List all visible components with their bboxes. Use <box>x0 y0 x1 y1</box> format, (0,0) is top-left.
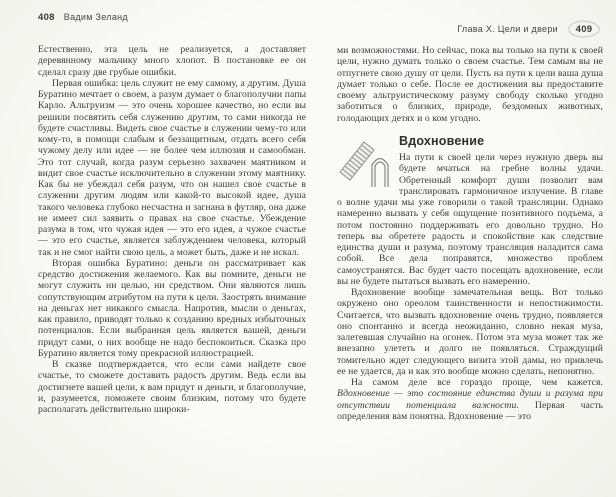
paragraph-with-italic: На самом деле все гораздо проще, чем каж… <box>337 377 603 422</box>
paragraph-text: На самом деле все гораздо проще, чем каж… <box>351 377 603 388</box>
paragraph: Вдохновение вообще замечательная вещь. В… <box>337 287 603 377</box>
inspiration-section: Вдохновение На пути к своей цели через н… <box>337 133 603 422</box>
paragraph: Вторая ошибка Буратино: деньги он рассма… <box>38 258 306 359</box>
paragraph: В сказке подтверждается, что если сами н… <box>38 359 306 415</box>
running-title-left: Вадим Зеланд <box>64 12 128 22</box>
paragraph: Первая ошибка: цель служит не ему самому… <box>38 78 306 258</box>
stairs-doorway-icon <box>337 135 393 189</box>
page-number-left: 408 <box>38 12 55 23</box>
page-number-right: 409 <box>565 19 603 39</box>
paragraph: ми возможностями. Но сейчас, пока вы тол… <box>337 45 603 124</box>
page-right: Глава X. Цели и двери 409 ми возможностя… <box>337 22 603 422</box>
book-scan: 408 Вадим Зеланд Естественно, эта цель н… <box>0 0 616 497</box>
paragraph: Естественно, эта цель не реализуется, а … <box>38 44 306 78</box>
running-head-left: 408 Вадим Зеланд <box>38 12 306 26</box>
right-page-text: ми возможностями. Но сейчас, пока вы тол… <box>337 45 603 422</box>
running-head-right: Глава X. Цели и двери 409 <box>337 22 603 36</box>
chapter-title: Глава X. Цели и двери <box>457 24 558 34</box>
page-left: 408 Вадим Зеланд Естественно, эта цель н… <box>38 12 306 415</box>
page-number-badge: 409 <box>565 19 603 39</box>
left-page-text: Естественно, эта цель не реализуется, а … <box>38 44 306 415</box>
